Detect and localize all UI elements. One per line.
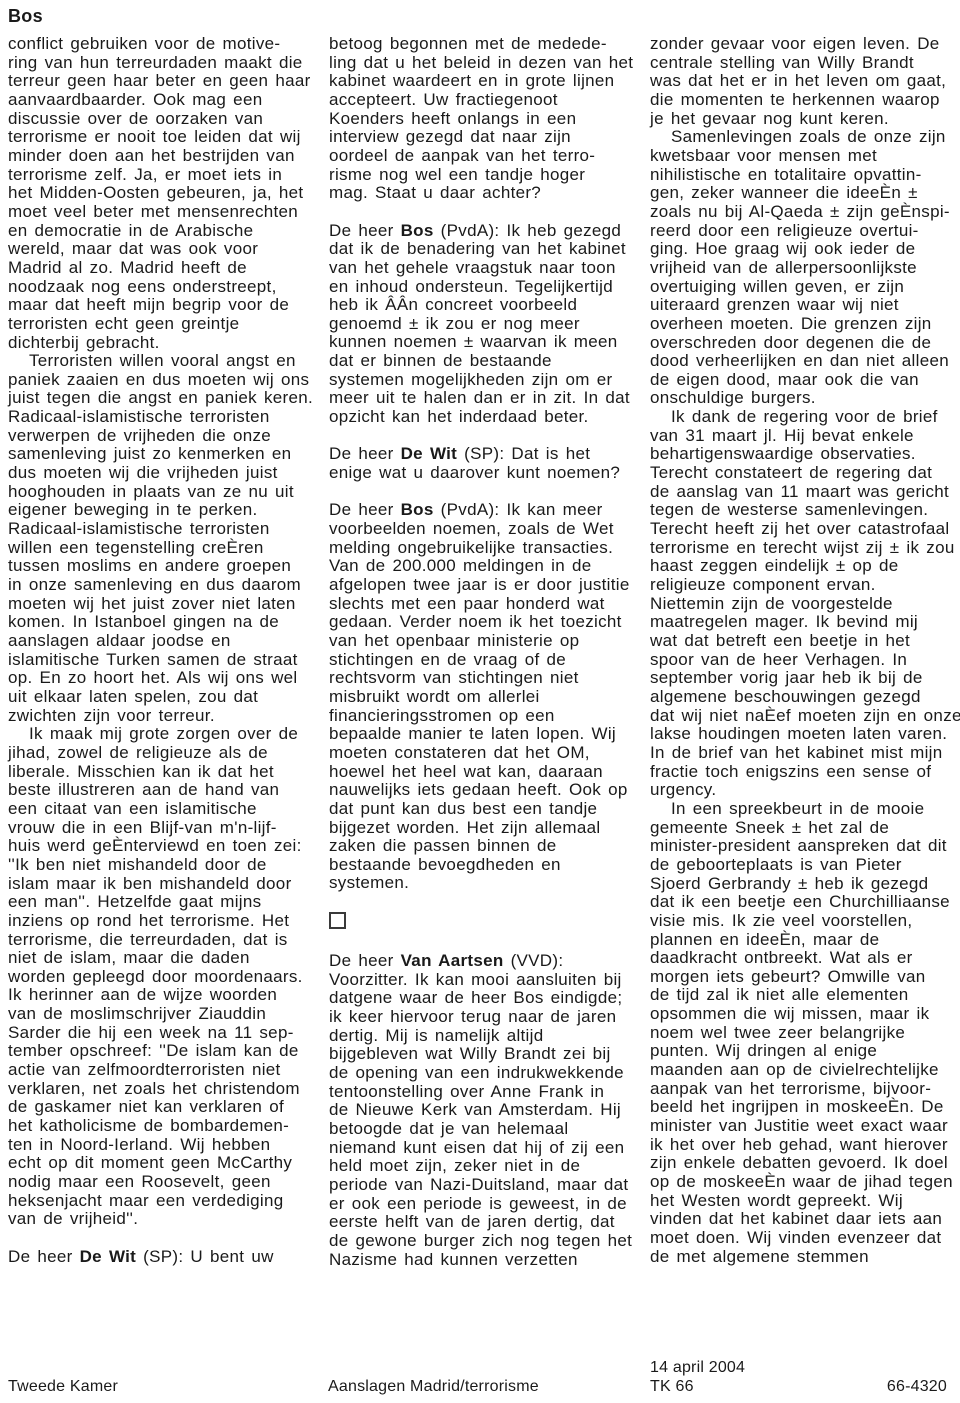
text-segment: (PvdA): Ik kan meer voorbeelden noemen, … [329,500,630,892]
footer-chamber: Tweede Kamer [8,1378,118,1396]
text-segment: (VVD): Voorzitter. Ik kan mooi aansluite… [329,951,632,1269]
text-segment: De heer [329,500,401,519]
paragraph: Samenlevingen zoals de onze zijn kwetsba… [650,128,944,408]
speaker-paragraph: De heer Van Aartsen (VVD): Voorzitter. I… [329,952,623,1269]
footer-date: 14 april 2004 [650,1359,745,1377]
column-1: conflict gebruiken voor de motive- ring … [8,35,302,1269]
speaker-name: Bos [401,221,434,240]
footer-page-number: 66-4320 [887,1378,947,1396]
text-segment: De heer [329,951,401,970]
text-segment: Ik maak mij grote zorgen over de jihad, … [8,724,303,1228]
footer-subject: Aanslagen Madrid/terrorisme [328,1378,539,1396]
page-header-speaker: Bos [8,6,43,27]
speaker-name: De Wit [401,444,458,463]
missing-glyph-box [329,912,346,929]
speaker-name: Van Aartsen [401,951,504,970]
paragraph: Terroristen willen vooral angst en panie… [8,352,302,725]
speaker-paragraph: De heer De Wit (SP): U bent uw [8,1248,302,1267]
footer-session: TK 66 [650,1378,694,1396]
text-segment: (PvdA): Ik heb gezegd dat ik de benaderi… [329,221,630,427]
text-segment: Samenlevingen zoals de onze zijn kwetsba… [650,127,950,407]
column-2: betoog begonnen met de medede- ling dat … [329,35,623,1269]
paragraph: zonder gevaar voor eigen leven. De centr… [650,35,944,128]
text-segment: De heer [329,444,401,463]
speaker-paragraph: De heer De Wit (SP): Dat is het enige wa… [329,445,623,482]
text-segment: betoog begonnen met de medede- ling dat … [329,34,633,202]
paragraph: Ik dank de regering voor de brief van 31… [650,408,944,800]
paragraph: betoog begonnen met de medede- ling dat … [329,35,623,203]
missing-glyph-box [329,912,623,934]
paragraph: In een spreekbeurt in de mooie gemeente … [650,800,944,1266]
text-segment: zonder gevaar voor eigen leven. De centr… [650,34,946,128]
text-segment: (SP): U bent uw [136,1247,274,1266]
speaker-name: De Wit [80,1247,137,1266]
text-segment: In een spreekbeurt in de mooie gemeente … [650,799,953,1266]
speaker-paragraph: De heer Bos (PvdA): Ik kan meer voorbeel… [329,501,623,893]
paragraph: conflict gebruiken voor de motive- ring … [8,35,302,352]
text-columns: conflict gebruiken voor de motive- ring … [8,35,944,1269]
text-segment: Terroristen willen vooral angst en panie… [8,351,313,724]
text-segment: Ik dank de regering voor de brief van 31… [650,407,960,799]
text-segment: De heer [8,1247,80,1266]
text-segment: conflict gebruiken voor de motive- ring … [8,34,311,352]
text-segment: De heer [329,221,401,240]
speaker-name: Bos [401,500,434,519]
column-3: zonder gevaar voor eigen leven. De centr… [650,35,944,1269]
speaker-paragraph: De heer Bos (PvdA): Ik heb gezegd dat ik… [329,222,623,427]
paragraph: Ik maak mij grote zorgen over de jihad, … [8,725,302,1229]
